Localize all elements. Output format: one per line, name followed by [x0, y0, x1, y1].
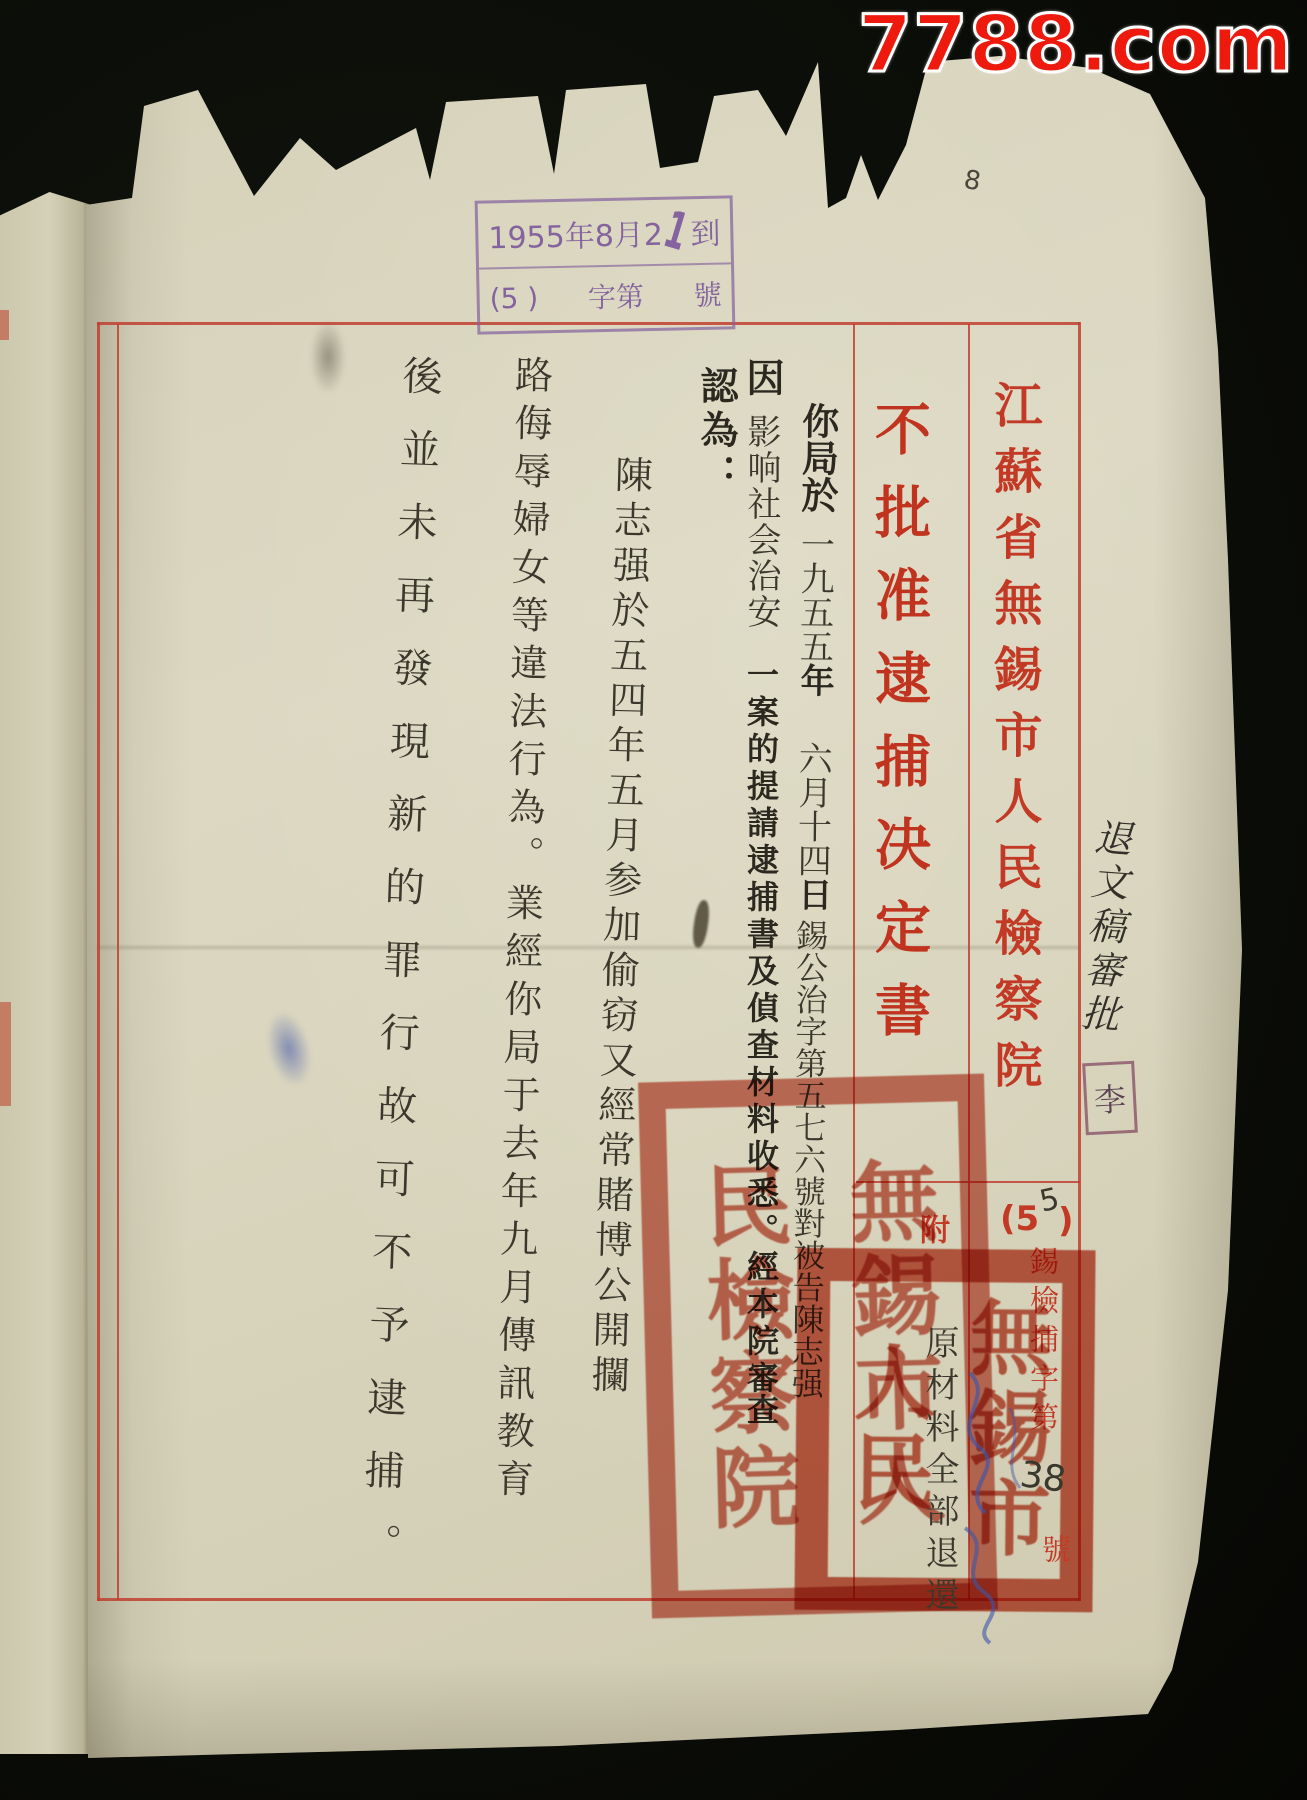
frame-left-inner-line [117, 324, 119, 1600]
seal-b-left-column: 人民 [845, 1339, 929, 1520]
received-date-stamp: 1955年8月2 1 到 (5 ) 字第 號 [475, 195, 736, 334]
pencil-smudge [310, 320, 346, 394]
hw-month-day-value: 六月十四 [791, 741, 832, 877]
approval-stamp-character: 李 [1093, 1074, 1127, 1122]
scanned-document-page: 江蘇省無錫市人民檢察院 不批准逮捕决定書 你局於一九五五年六月十四日錫公治字第五… [0, 0, 1307, 1800]
stamp-number-suffix: 號 [693, 274, 722, 315]
site-watermark: 7788.com [858, 0, 1294, 90]
form-opinion-label: 認為： [696, 366, 734, 498]
form-day-char: 日 [793, 877, 830, 911]
blue-pen-scribble [940, 1368, 1040, 1648]
doc-number-open-paren: (5 [1000, 1202, 1039, 1236]
document-title: 不批准逮捕决定書 [870, 400, 926, 1064]
adjacent-page-frame-fragment [0, 1002, 11, 1106]
stamp-date-text: 1955年8月2 [488, 210, 663, 258]
adjacent-page-edge [0, 192, 90, 1754]
approval-stamp-box: 李 [1082, 1061, 1138, 1136]
doc-number-close-paren: ) [1058, 1204, 1074, 1238]
stamp-number-row: (5 ) 字第 號 [479, 264, 732, 327]
stamp-arrival-char: 到 [690, 209, 721, 254]
adjacent-page-frame-fragment [0, 310, 9, 340]
seal-a-left-column: 民檢察院 [696, 1159, 794, 1537]
agency-name: 江蘇省無錫市人民檢察院 [990, 380, 1038, 1106]
paper-crease [97, 946, 1080, 949]
stamp-date-row: 1955年8月2 1 到 [478, 198, 731, 269]
hw-cause-value: 影响社会治安 [741, 414, 781, 630]
stamp-category: (5 ) [489, 281, 538, 315]
stamp-series-chars: 字第 [587, 275, 644, 316]
form-addressee-prefix: 你局於 [795, 402, 837, 513]
frame-left-outer-line [97, 322, 100, 1601]
doc-number-suffix: 號 [1040, 1534, 1069, 1563]
form-year-char: 年 [795, 663, 832, 697]
hw-year-value: 一九五五 [793, 527, 834, 663]
form-cause-char: 因 [740, 358, 782, 396]
